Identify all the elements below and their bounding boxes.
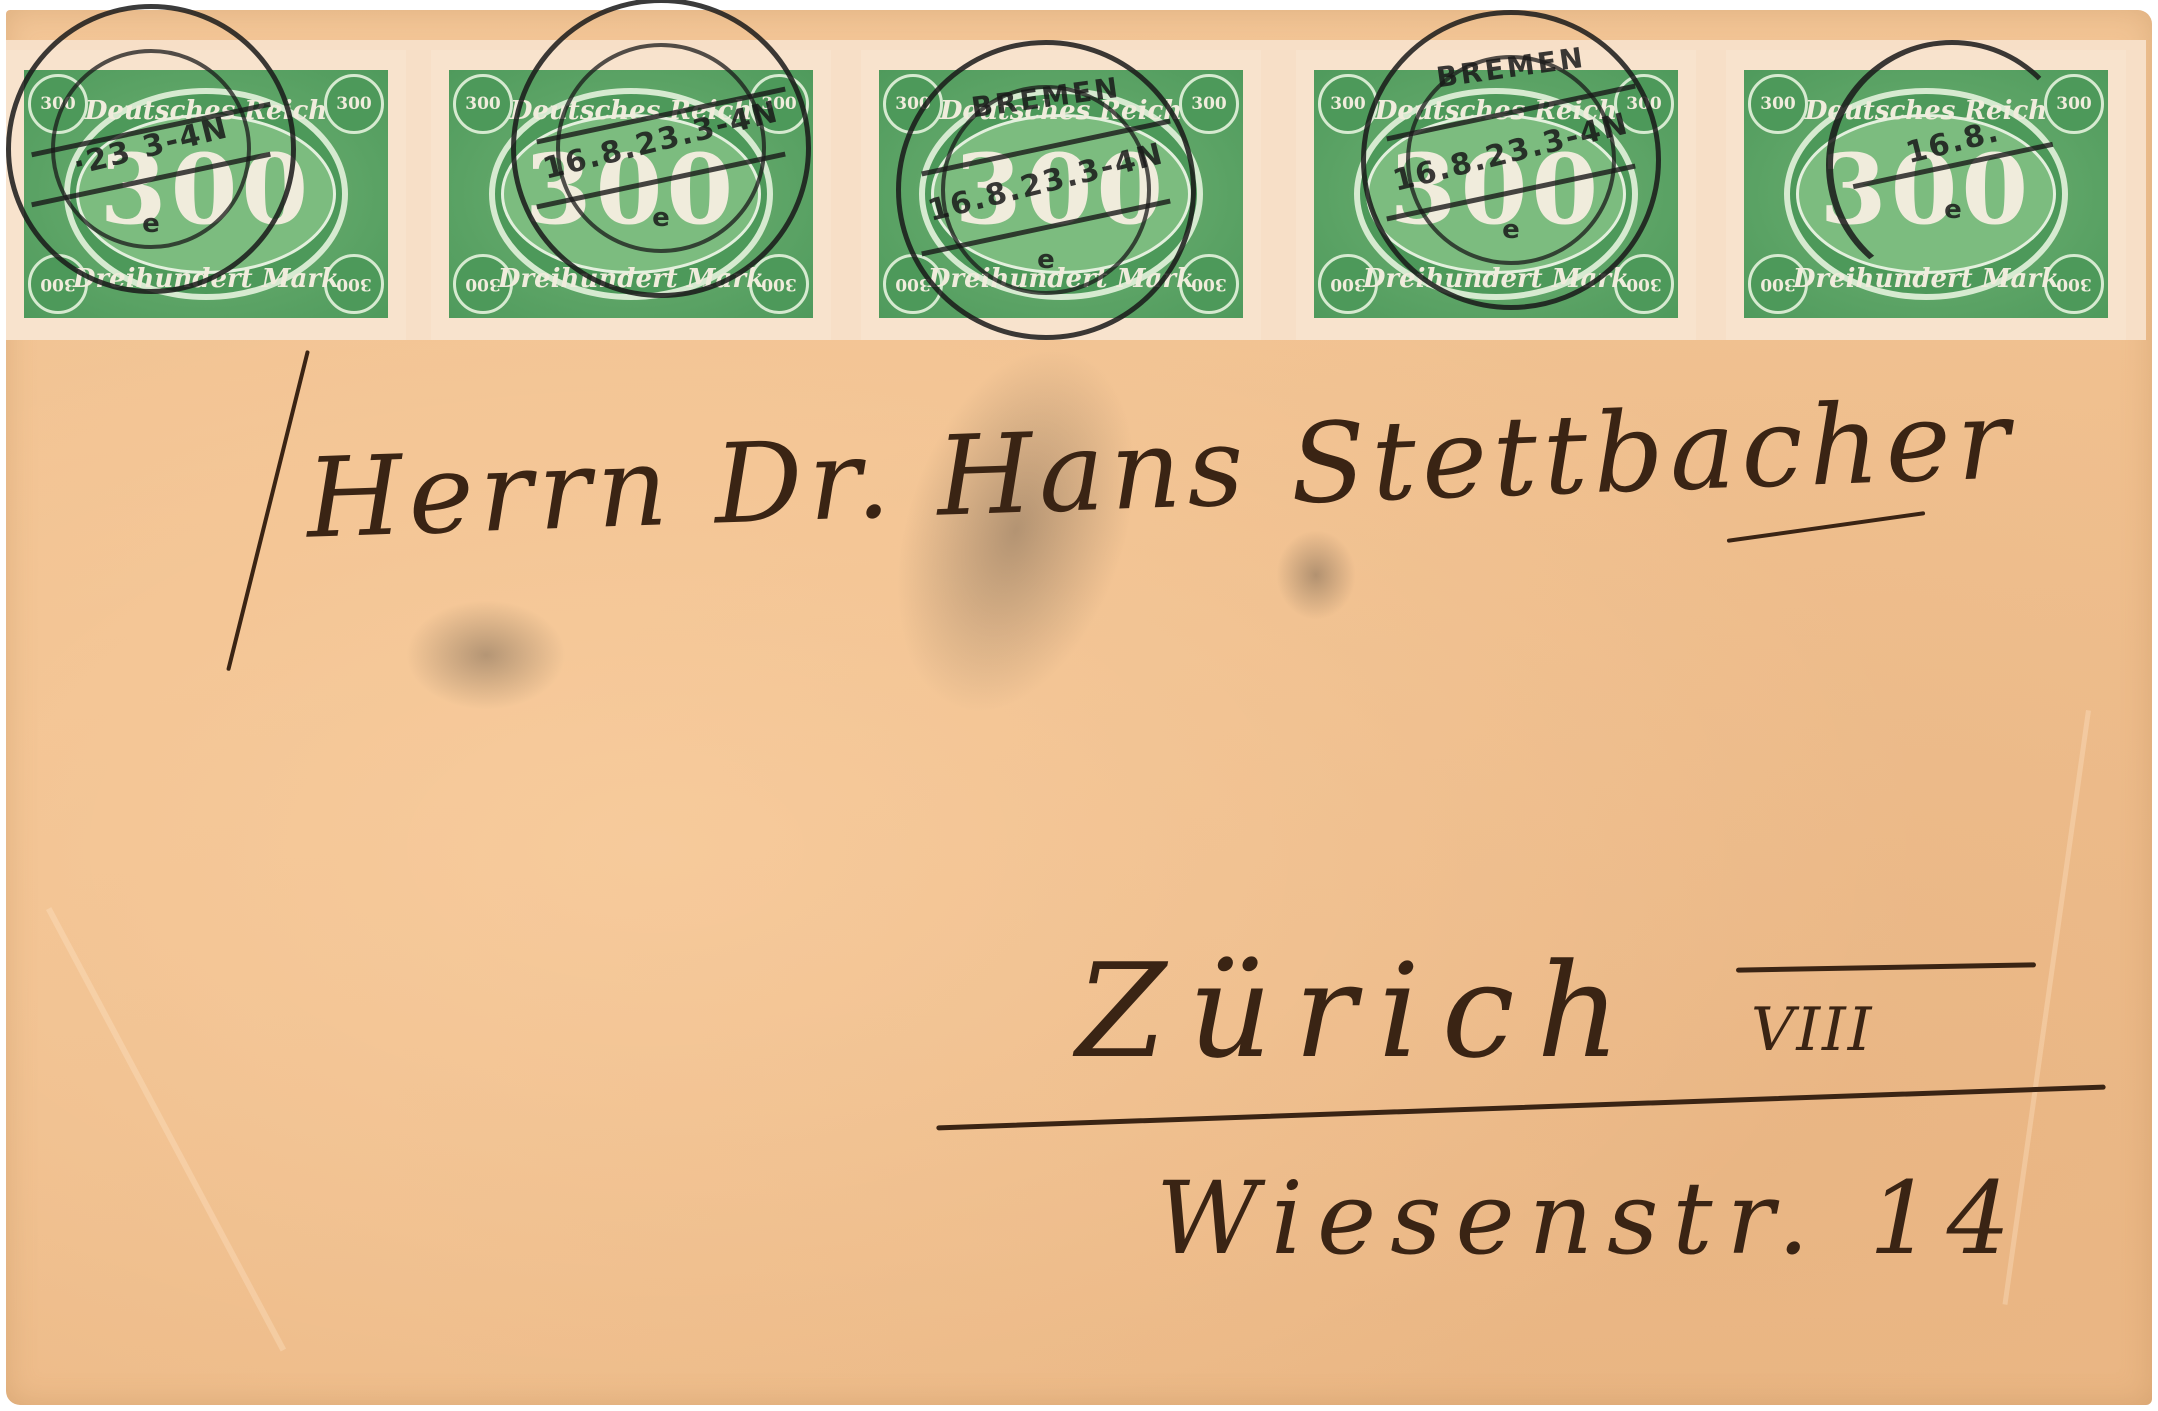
postmark-letter: e [1366,215,1656,245]
recipient-city: Zürich [1076,935,1642,1087]
recipient-district: VIII [1751,995,1873,1065]
postmark-letter: e [11,209,291,239]
city-underline [936,1085,2105,1131]
postmark: BREMEN 16.8.23.3-4N e [1361,10,1661,310]
postmark-letter: e [1833,195,2073,225]
postmark: 16.8.23.3-4N e [511,0,811,298]
postmark: ·23 3-4N e [6,4,296,294]
postmark-letter: e [901,245,1191,275]
postmark: BREMEN 16.8.23.3-4N e [896,40,1196,340]
ink-smudge [1276,530,1356,620]
envelope: 300 300 300 300 Deutsches Reich 300 Drei… [6,10,2152,1405]
pen-flourish [1727,511,1926,543]
pen-stroke [226,350,310,671]
ink-smudge [406,600,566,710]
postmark: 16.8. e [1826,40,2078,290]
paper-crease [46,907,286,1351]
postmark-letter: e [516,203,806,233]
postmark-date: 16.8. [1832,96,2073,188]
recipient-street: Wiesenstr. 14 [1156,1160,2024,1277]
district-overline [1736,962,2036,972]
